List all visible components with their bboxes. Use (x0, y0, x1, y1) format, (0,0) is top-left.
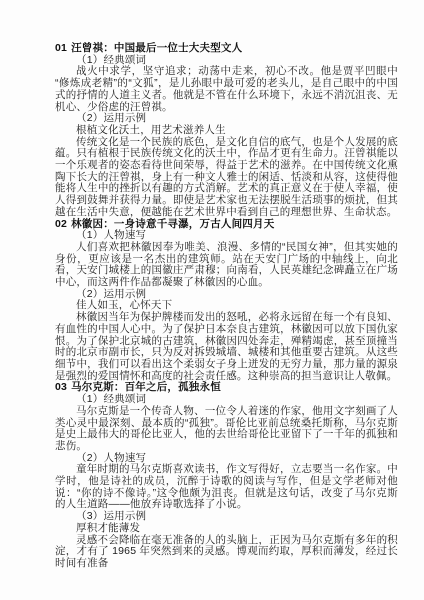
section-01-title: 汪曾祺：中国最后一位士大夫型文人 (71, 42, 242, 54)
section-02-paragraph-1: 人们喜欢把林徽因奉为唯美、浪漫、多情的“民国女神”，但其实她的身份，更应该是一名… (55, 242, 398, 289)
section-02-title: 林徽因：一身诗意千寻瀑，万古人间四月天 (71, 218, 274, 230)
section-02-paragraph-2: 林徽因当年为保护牌楼而发出的怒吼，必将永远留在每一个有良知、有血性的中国人心中。… (55, 312, 398, 382)
section-03-paragraph-3: 灵感不会降临在毫无准备的人的头脑上，正因为马尔克斯有多年的积淀，才有了 1965… (55, 535, 398, 570)
section-03-title: 马尔克斯：百年之后，孤独永恒 (71, 381, 221, 393)
section-03-paragraph-1: 马尔克斯是一个传奇人物、一位令人着迷的作家，他用文字刻画了人类心灵中最深刻、最本… (55, 406, 398, 453)
section-02: 02林徽因：一身诗意千寻瀑，万古人间四月天 （1）人物速写 人们喜欢把林徽因奉为… (55, 219, 398, 383)
section-03-paragraph-2: 童年时期的马尔克斯喜欢读书，作文写得好，立志要当一名作家。中学时，他是诗社的成员… (55, 464, 398, 511)
document-page: 01汪曾祺：中国最后一位士大夫型文人 （1）经典颂词 战火中求学，坚守追求；动荡… (0, 0, 424, 600)
section-01-paragraph-2: 传统文化是一个民族的底色，是文化自信的底气，也是个人发展的底蕴。只有植根于民族传… (55, 137, 398, 219)
section-01-paragraph-1: 战火中求学，坚守追求；动荡中走来，初心不改。他是贾平凹眼中“修炼成老精”的“文狐… (55, 66, 398, 113)
section-03: 03马尔克斯：百年之后，孤独永恒 （1）经典颂词 马尔克斯是一个传奇人物、一位令… (55, 382, 398, 569)
section-01-number: 01 (55, 42, 67, 54)
section-01: 01汪曾祺：中国最后一位士大夫型文人 （1）经典颂词 战火中求学，坚守追求；动荡… (55, 43, 398, 219)
section-01-subhead: 根植文化沃土，用艺术滋养人生 (55, 125, 398, 137)
section-02-number: 02 (55, 218, 67, 230)
section-03-subhead: 厚积才能薄发 (55, 523, 398, 535)
document-content: 01汪曾祺：中国最后一位士大夫型文人 （1）经典颂词 战火中求学，坚守追求；动荡… (55, 43, 398, 570)
section-03-number: 03 (55, 381, 67, 393)
section-01-heading: 01汪曾祺：中国最后一位士大夫型文人 (55, 43, 398, 55)
